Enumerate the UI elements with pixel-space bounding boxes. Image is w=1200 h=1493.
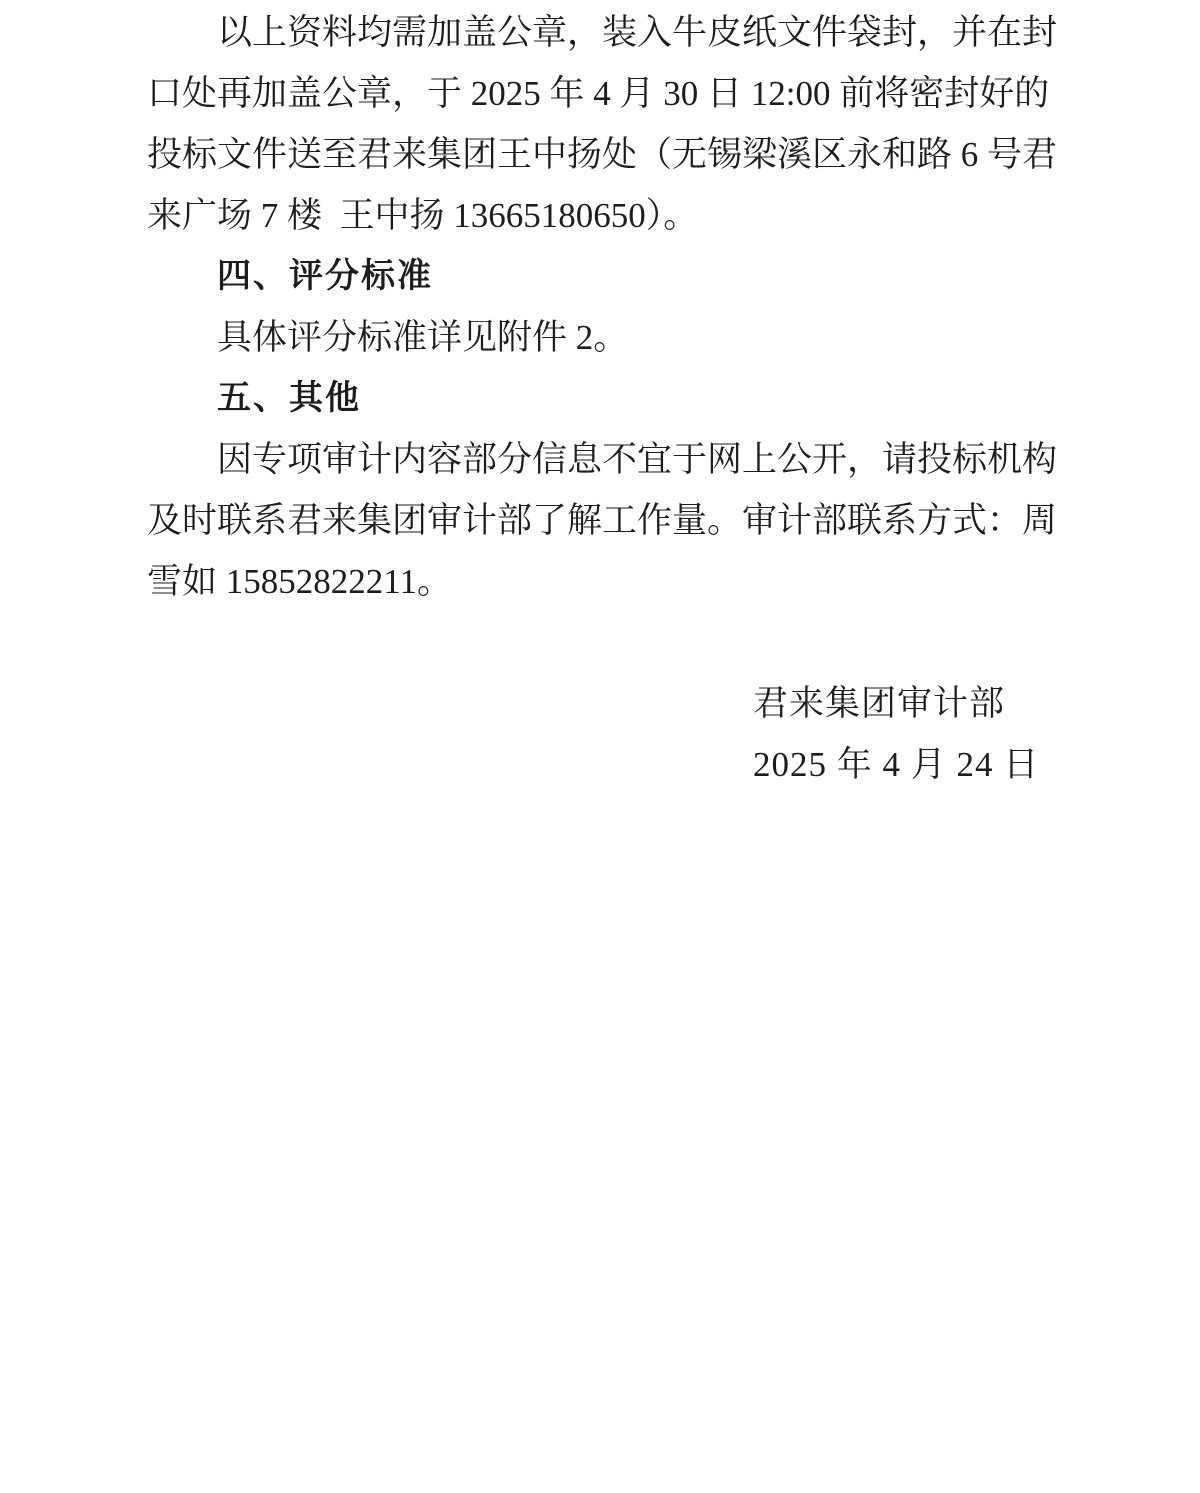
blank-line	[147, 612, 1047, 673]
submission-paragraph-line-2: 口处再加盖公章，于 2025 年 4 月 30 日 12:00 前将密封好的	[147, 63, 1047, 124]
section-heading-scoring: 四、评分标准	[147, 246, 1047, 307]
submission-paragraph-line-1: 以上资料均需加盖公章，装入牛皮纸文件袋封，并在封	[147, 2, 1047, 63]
section-other-line-1: 因专项审计内容部分信息不宜于网上公开，请投标机构	[147, 429, 1047, 490]
document-content: 以上资料均需加盖公章，装入牛皮纸文件袋封，并在封 口处再加盖公章，于 2025 …	[147, 2, 1047, 795]
document-page: 以上资料均需加盖公章，装入牛皮纸文件袋封，并在封 口处再加盖公章，于 2025 …	[0, 0, 1200, 1493]
section-scoring-body: 具体评分标准详见附件 2。	[147, 307, 1047, 368]
signature-date: 2025 年 4 月 24 日	[147, 734, 1047, 795]
section-other-line-2: 及时联系君来集团审计部了解工作量。审计部联系方式：周	[147, 490, 1047, 551]
section-heading-other: 五、其他	[147, 368, 1047, 429]
submission-paragraph-line-4: 来广场 7 楼 王中扬 13665180650）。	[147, 185, 1047, 246]
section-other-line-3: 雪如 15852822211。	[147, 551, 1047, 612]
signature-department: 君来集团审计部	[147, 673, 1047, 734]
submission-paragraph-line-3: 投标文件送至君来集团王中扬处（无锡梁溪区永和路 6 号君	[147, 124, 1047, 185]
